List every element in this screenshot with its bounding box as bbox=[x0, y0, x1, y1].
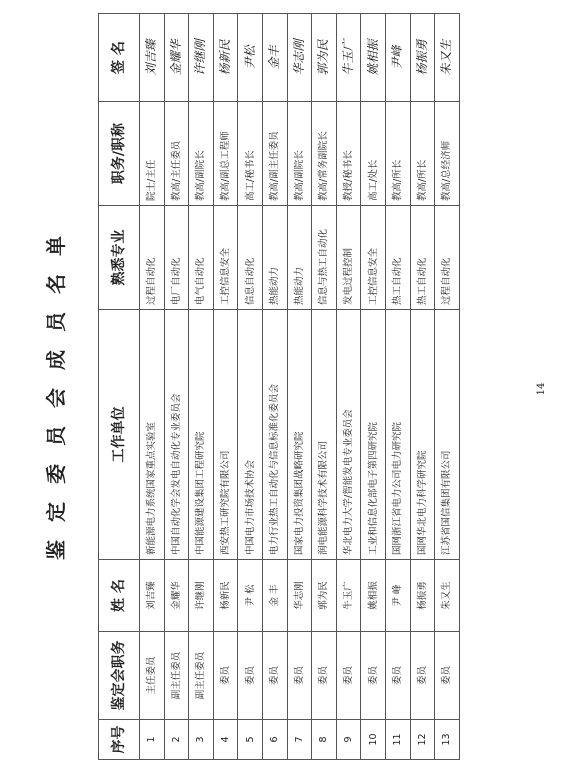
row-number: 2 bbox=[164, 720, 189, 760]
row-number: 6 bbox=[262, 720, 287, 760]
position-title: 教高/所长 bbox=[410, 102, 435, 206]
table-row: 12委员杨振勇国网华北电力科学研究院热工自动化教高/所长杨振勇 bbox=[410, 14, 435, 760]
header-no: 序号 bbox=[99, 720, 140, 760]
row-number: 9 bbox=[336, 720, 361, 760]
work-unit: 国网浙江省电力公司电力研究院 bbox=[385, 310, 410, 560]
position-title: 教高/常务副院长 bbox=[312, 102, 337, 206]
row-number: 5 bbox=[238, 720, 263, 760]
work-unit: 西安热工研究院有限公司 bbox=[213, 310, 238, 560]
position-title: 院士/主任 bbox=[140, 102, 165, 206]
committee-role: 委员 bbox=[238, 632, 263, 720]
signature: 尹峰 bbox=[385, 14, 410, 102]
committee-role: 副主任委员 bbox=[164, 632, 189, 720]
committee-role: 委员 bbox=[287, 632, 312, 720]
header-role: 鉴定会职务 bbox=[99, 632, 140, 720]
position-title: 教高/主任委员 bbox=[164, 102, 189, 206]
signature: 郭为民 bbox=[312, 14, 337, 102]
signature: 刘吉臻 bbox=[140, 14, 165, 102]
committee-role: 委员 bbox=[410, 632, 435, 720]
table-row: 9委员牛玉广华北电力大学/智能发电专业委员会发电过程控制教授/秘书长牛玉广 bbox=[336, 14, 361, 760]
work-unit: 电力行业热工自动化与信息标准化委员会 bbox=[262, 310, 287, 560]
specialty: 过程自动化 bbox=[140, 206, 165, 310]
position-title: 教高/副主任委员 bbox=[262, 102, 287, 206]
committee-role: 委员 bbox=[361, 632, 386, 720]
page-number: 14 bbox=[536, 0, 547, 778]
header-title: 职务/职称 bbox=[99, 102, 140, 206]
row-number: 3 bbox=[189, 720, 214, 760]
signature: 杨新民 bbox=[213, 14, 238, 102]
position-title: 高工/秘书长 bbox=[238, 102, 263, 206]
header-signature: 签 名 bbox=[99, 14, 140, 102]
header-unit: 工作单位 bbox=[99, 310, 140, 560]
row-number: 8 bbox=[312, 720, 337, 760]
member-name: 刘吉臻 bbox=[140, 560, 165, 632]
specialty: 热工自动化 bbox=[410, 206, 435, 310]
committee-table: 序号 鉴定会职务 姓 名 工作单位 熟悉专业 职务/职称 签 名 1主任委员刘吉… bbox=[98, 13, 460, 760]
header-major: 熟悉专业 bbox=[99, 206, 140, 310]
committee-role: 委员 bbox=[385, 632, 410, 720]
row-number: 7 bbox=[287, 720, 312, 760]
row-number: 13 bbox=[435, 720, 460, 760]
member-name: 金 丰 bbox=[262, 560, 287, 632]
table-header-row: 序号 鉴定会职务 姓 名 工作单位 熟悉专业 职务/职称 签 名 bbox=[99, 14, 140, 760]
member-name: 杨新民 bbox=[213, 560, 238, 632]
signature: 杨振勇 bbox=[410, 14, 435, 102]
table-row: 11委员尹 峰国网浙江省电力公司电力研究院热工自动化教高/所长尹峰 bbox=[385, 14, 410, 760]
specialty: 信息与热工自动化 bbox=[312, 206, 337, 310]
position-title: 教高/总经济师 bbox=[435, 102, 460, 206]
table-row: 2副主任委员金耀华中国自动化学会发电自动化专业委员会电厂自动化教高/主任委员金耀… bbox=[164, 14, 189, 760]
signature: 朱又生 bbox=[435, 14, 460, 102]
position-title: 教授/秘书长 bbox=[336, 102, 361, 206]
table-row: 5委员尹 松中国电力市场技术协会信息自动化高工/秘书长尹松 bbox=[238, 14, 263, 760]
work-unit: 华北电力大学/智能发电专业委员会 bbox=[336, 310, 361, 560]
work-unit: 新能源电力系统国家重点实验室 bbox=[140, 310, 165, 560]
member-name: 许继刚 bbox=[189, 560, 214, 632]
table-row: 10委员姚相振工业和信息化部电子第四研究院工控信息安全高工/处长姚相振 bbox=[361, 14, 386, 760]
committee-role: 委员 bbox=[336, 632, 361, 720]
work-unit: 中国自动化学会发电自动化专业委员会 bbox=[164, 310, 189, 560]
work-unit: 国网华北电力科学研究院 bbox=[410, 310, 435, 560]
table-row: 13委员朱又生江苏省国信集团有限公司过程自动化教高/总经济师朱又生 bbox=[435, 14, 460, 760]
work-unit: 江苏省国信集团有限公司 bbox=[435, 310, 460, 560]
signature: 姚相振 bbox=[361, 14, 386, 102]
signature: 金丰 bbox=[262, 14, 287, 102]
committee-role: 委员 bbox=[213, 632, 238, 720]
specialty: 电厂自动化 bbox=[164, 206, 189, 310]
position-title: 教高/所长 bbox=[385, 102, 410, 206]
signature: 金耀华 bbox=[164, 14, 189, 102]
signature: 华志刚 bbox=[287, 14, 312, 102]
position-title: 教高/副总工程师 bbox=[213, 102, 238, 206]
specialty: 热能动力 bbox=[262, 206, 287, 310]
specialty: 发电过程控制 bbox=[336, 206, 361, 310]
work-unit: 国家电力投资集团战略研究院 bbox=[287, 310, 312, 560]
row-number: 11 bbox=[385, 720, 410, 760]
table-row: 4委员杨新民西安热工研究院有限公司工控信息安全教高/副总工程师杨新民 bbox=[213, 14, 238, 760]
header-name: 姓 名 bbox=[99, 560, 140, 632]
specialty: 热能动力 bbox=[287, 206, 312, 310]
document-page: 鉴定委员会成员名单 序号 鉴定会职务 姓 名 工作单位 熟悉专业 职务/职称 签… bbox=[0, 0, 583, 778]
member-name: 朱又生 bbox=[435, 560, 460, 632]
specialty: 工控信息安全 bbox=[361, 206, 386, 310]
specialty: 过程自动化 bbox=[435, 206, 460, 310]
member-name: 杨振勇 bbox=[410, 560, 435, 632]
position-title: 教高/副院长 bbox=[189, 102, 214, 206]
row-number: 12 bbox=[410, 720, 435, 760]
table-row: 1主任委员刘吉臻新能源电力系统国家重点实验室过程自动化院士/主任刘吉臻 bbox=[140, 14, 165, 760]
committee-role: 委员 bbox=[435, 632, 460, 720]
work-unit: 工业和信息化部电子第四研究院 bbox=[361, 310, 386, 560]
position-title: 教高/副院长 bbox=[287, 102, 312, 206]
row-number: 1 bbox=[140, 720, 165, 760]
signature: 牛玉广 bbox=[336, 14, 361, 102]
member-name: 牛玉广 bbox=[336, 560, 361, 632]
member-name: 郭为民 bbox=[312, 560, 337, 632]
specialty: 工控信息安全 bbox=[213, 206, 238, 310]
specialty: 信息自动化 bbox=[238, 206, 263, 310]
work-unit: 中国电力市场技术协会 bbox=[238, 310, 263, 560]
table-row: 3副主任委员许继刚中国能源建设集团工程研究院电气自动化教高/副院长许继刚 bbox=[189, 14, 214, 760]
table-row: 8委员郭为民润电能源科学技术有限公司信息与热工自动化教高/常务副院长郭为民 bbox=[312, 14, 337, 760]
work-unit: 润电能源科学技术有限公司 bbox=[312, 310, 337, 560]
specialty: 电气自动化 bbox=[189, 206, 214, 310]
committee-role: 主任委员 bbox=[140, 632, 165, 720]
row-number: 10 bbox=[361, 720, 386, 760]
committee-role: 委员 bbox=[262, 632, 287, 720]
member-name: 尹 峰 bbox=[385, 560, 410, 632]
work-unit: 中国能源建设集团工程研究院 bbox=[189, 310, 214, 560]
member-name: 华志刚 bbox=[287, 560, 312, 632]
signature: 尹松 bbox=[238, 14, 263, 102]
committee-role: 副主任委员 bbox=[189, 632, 214, 720]
member-name: 尹 松 bbox=[238, 560, 263, 632]
row-number: 4 bbox=[213, 720, 238, 760]
member-name: 金耀华 bbox=[164, 560, 189, 632]
committee-role: 委员 bbox=[312, 632, 337, 720]
table-row: 7委员华志刚国家电力投资集团战略研究院热能动力教高/副院长华志刚 bbox=[287, 14, 312, 760]
member-name: 姚相振 bbox=[361, 560, 386, 632]
signature: 许继刚 bbox=[189, 14, 214, 102]
document-title: 鉴定委员会成员名单 bbox=[40, 0, 69, 778]
specialty: 热工自动化 bbox=[385, 206, 410, 310]
position-title: 高工/处长 bbox=[361, 102, 386, 206]
table-row: 6委员金 丰电力行业热工自动化与信息标准化委员会热能动力教高/副主任委员金丰 bbox=[262, 14, 287, 760]
